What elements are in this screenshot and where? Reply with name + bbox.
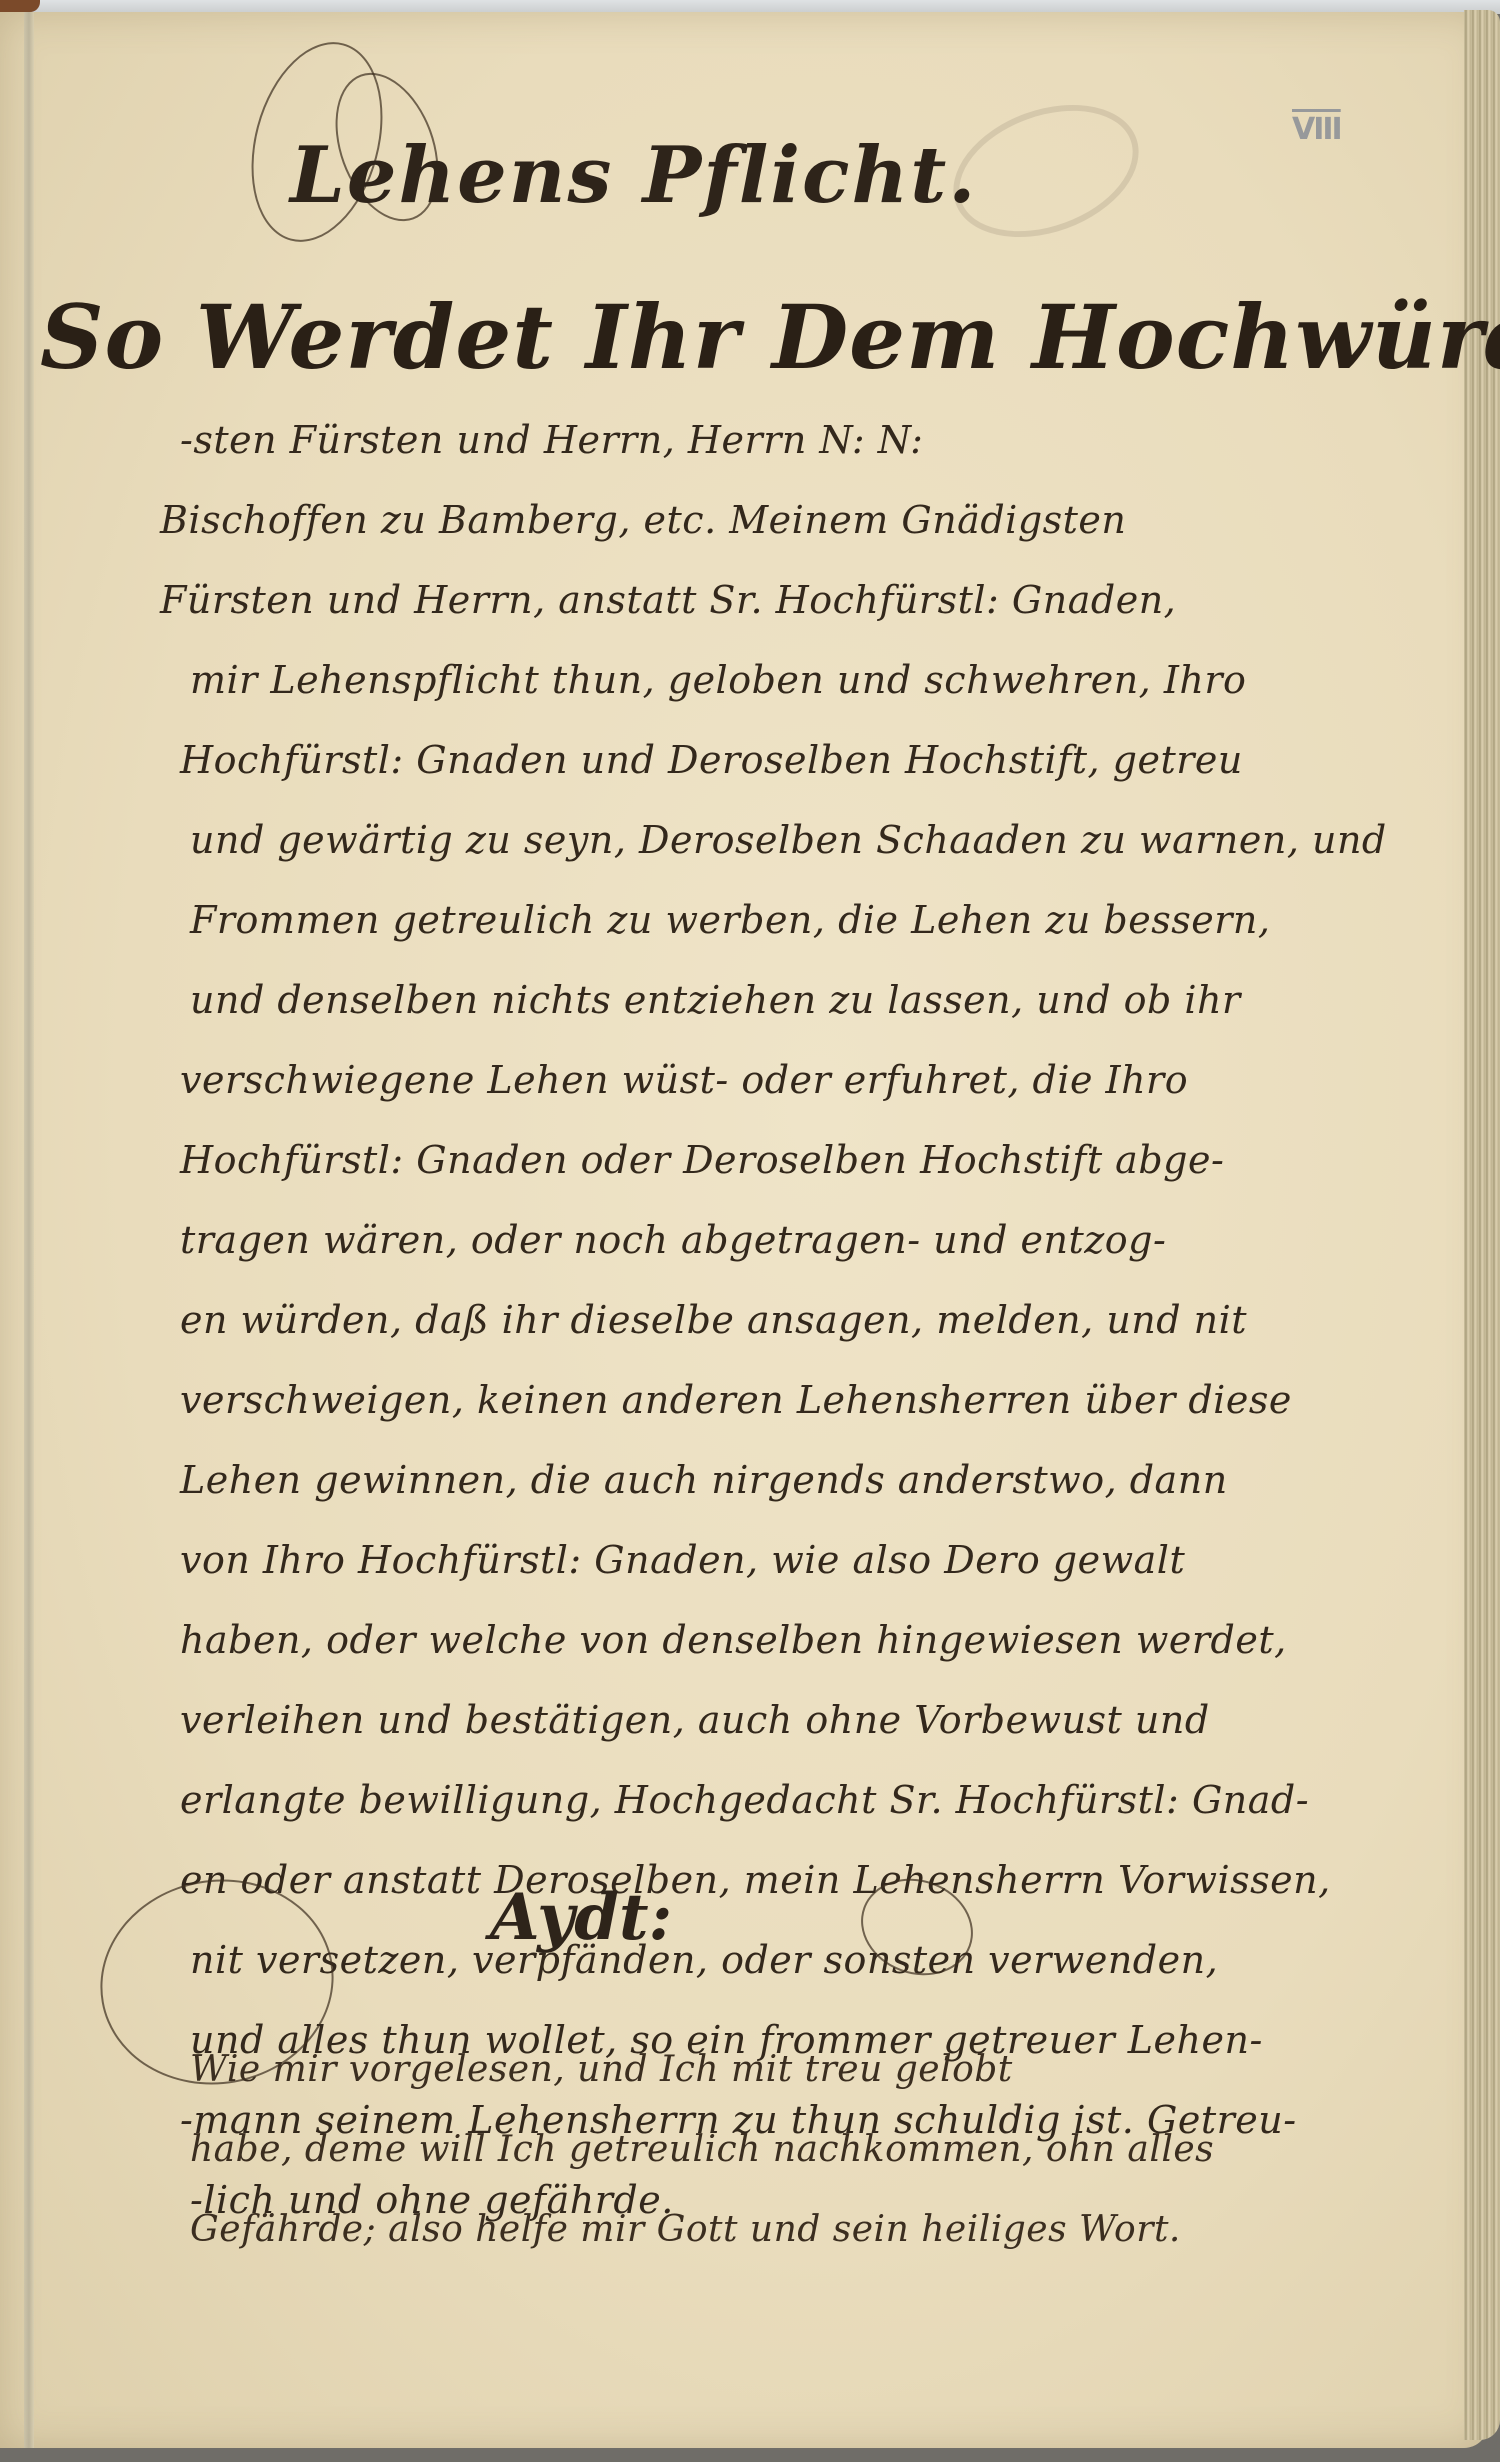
text-line: verschweigen, keinen anderen Lehensherre… [180, 1360, 1410, 1440]
oath-line: habe, deme will Ich getreulich nachkomme… [190, 2110, 1420, 2190]
text-line: und gewärtig zu seyn, Deroselben Schaade… [190, 800, 1410, 880]
oath-text: Wie mir vorgelesen, und Ich mit treu gel… [190, 2030, 1420, 2270]
folio-number: VIII [1292, 112, 1341, 147]
document-heading: So Werdet Ihr Dem Hochwürdig- [40, 285, 1500, 389]
oath-section-title: Aydt: [490, 1880, 672, 1955]
text-line: verschwiegene Lehen wüst- oder erfuhret,… [180, 1040, 1410, 1120]
text-line: von Ihro Hochfürstl: Gnaden, wie also De… [180, 1520, 1410, 1600]
text-line: en oder anstatt Deroselben, mein Lehensh… [180, 1840, 1410, 1920]
text-line: haben, oder welche von denselben hingewi… [180, 1600, 1410, 1680]
text-line: Hochfürstl: Gnaden und Deroselben Hochst… [180, 720, 1410, 800]
book-clasp [0, 0, 40, 12]
oath-line: Wie mir vorgelesen, und Ich mit treu gel… [190, 2030, 1420, 2110]
oath-line: Gefährde; also helfe mir Gott und sein h… [190, 2190, 1420, 2270]
text-line: verleihen und bestätigen, auch ohne Vorb… [180, 1680, 1410, 1760]
text-line: Lehen gewinnen, die auch nirgends anders… [180, 1440, 1410, 1520]
text-line: mir Lehenspflicht thun, geloben und schw… [190, 640, 1410, 720]
text-line: nit versetzen, verpfänden, oder sonsten … [190, 1920, 1410, 2000]
text-line: erlangte bewilligung, Hochgedacht Sr. Ho… [180, 1760, 1410, 1840]
text-line: -sten Fürsten und Herrn, Herrn N: N: [180, 400, 1410, 480]
text-line: Bischoffen zu Bamberg, etc. Meinem Gnädi… [160, 480, 1410, 560]
text-line: tragen wären, oder noch abgetragen- und … [180, 1200, 1410, 1280]
body-text: -sten Fürsten und Herrn, Herrn N: N: Bis… [180, 400, 1410, 2240]
document-title: Lehens Pflicht. [290, 130, 977, 221]
text-line: en würden, daß ihr dieselbe ansagen, mel… [180, 1280, 1410, 1360]
text-line: Fürsten und Herrn, anstatt Sr. Hochfürst… [160, 560, 1410, 640]
text-line: und denselben nichts entziehen zu lassen… [190, 960, 1410, 1040]
page-gutter [24, 12, 34, 2448]
text-line: Frommen getreulich zu werben, die Lehen … [190, 880, 1410, 960]
text-line: Hochfürstl: Gnaden oder Deroselben Hochs… [180, 1120, 1410, 1200]
